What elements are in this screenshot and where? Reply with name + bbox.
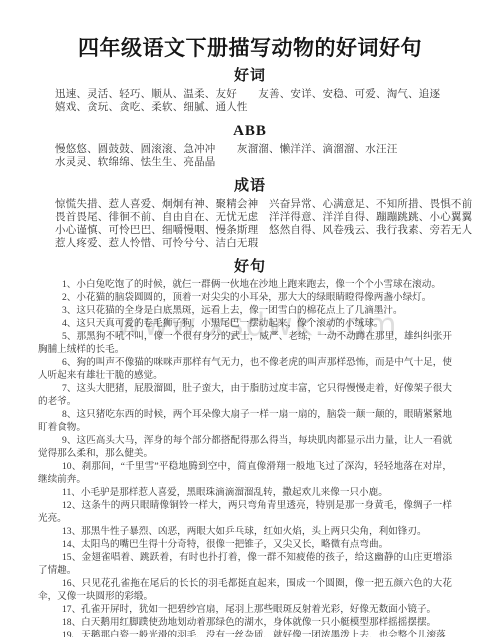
sentence-item: 19、天鹅那白瓷一般光滑的羽毛，没有一丝杂质，就好像一团浓墨泼上去，也会整个儿滚… <box>38 629 452 637</box>
word-line: 惊慌失措、惹人喜爱、炯炯有神、聚精会神 兴奋异常、心满意足、不知所措、畏惧不前 <box>55 198 464 211</box>
word-line: 畏首畏尾、徘徊不前、自由自在、无忧无虑 洋洋得意、洋洋自得、蹦蹦跳跳、小心翼翼 <box>55 211 464 224</box>
sentence-item: 11、小毛驴是那样惹人喜爱，黑眼珠滴滴溜溜乱转，撒起欢儿来像一只小鹿。 <box>38 486 452 499</box>
word-line-group: 惊慌失措、惹人喜爱、炯炯有神、聚精会神 兴奋异常、心满意足、不知所措、畏惧不前畏… <box>0 198 500 250</box>
sentence-item: 7、这头大肥猪，屁股溜圆，肚子蛮大，由于脂肪过度丰富，它只得慢慢走着，好像架子很… <box>38 382 452 408</box>
word-line: 迅速、灵活、轻巧、顺从、温柔、友好 友善、安详、安稳、可爱、淘气、追逐 <box>55 88 464 101</box>
sentence-list: 1、小白兔吃饱了的时候，就仨一群俩一伙地在沙地上跑来跑去，像一个个小雪球在滚动。… <box>38 278 452 637</box>
section-heading-1: ABB <box>0 123 500 139</box>
sentence-item: 17、孔雀开屏时，犹如一把碧纱宫扇，尾羽上那些眼斑反射着光彩，好像无数面小镜子。 <box>38 603 452 616</box>
word-line-group: 慢悠悠、圆鼓鼓、圆滚滚、急冲冲 灰溜溜、懒洋洋、滴溜溜、水汪汪水灵灵、软绵绵、怯… <box>0 143 500 169</box>
page-title: 四年级语文下册描写动物的好词好句 <box>0 38 500 60</box>
section-heading-2: 成语 <box>0 178 500 194</box>
sentence-item: 1、小白兔吃饱了的时候，就仨一群俩一伙地在沙地上跑来跑去，像一个个小雪球在滚动。 <box>38 278 452 291</box>
sentence-item: 2、小花猫的脑袋圆圆的，顶着一对尖尖的小耳朵，那大大的绿眼睛瞪得像两盏小绿灯。 <box>38 291 452 304</box>
sentence-item: 14、太阳鸟的嘴巴生得十分奇特，很像一把锥子，又尖又长，略微有点弯曲。 <box>38 538 452 551</box>
sentence-item: 5、那黑狗不吼不叫，像一个很有身分的武士，威严、老练，一动不动蹲在那里，雄纠纠张… <box>38 330 452 356</box>
sentence-item: 10、刹那间，“千里雪”平稳地腾到空中，简直像滑翔一般地飞过了深沟，轻轻地落在对… <box>38 460 452 486</box>
word-line: 小心谨慎、可怜巴巴、细嚼慢咽、慢条斯理 悠然自得、风卷残云、我行我素、旁若无人 <box>55 224 464 237</box>
sentence-item: 8、这只猪吃东西的时候，两个耳朵像大扇子一样一扇一扇的，脑袋一颠一颠的，眼睛紧紧… <box>38 408 452 434</box>
word-line: 水灵灵、软绵绵、怯生生、亮晶晶 <box>55 156 464 169</box>
document-page: www.xsdwk.com 四年级语文下册描写动物的好词好句 好词迅速、灵活、轻… <box>0 0 500 637</box>
sentence-item: 18、白天鹅用红脚蹼使劲地划动着那绿色的湖水，身体就像一只小艇模型那样摇摇摆摆。 <box>38 616 452 629</box>
sentence-item: 4、这只天真可爱的卷毛狮子狗，小黑尾巴一摆动起来，像个滚动的小绒球。 <box>38 317 452 330</box>
sentence-item: 16、只见花孔雀拖在尾后的长长的羽毛都挺直起来，围成一个圆圈，像一把五颜六色的大… <box>38 577 452 603</box>
sentence-item: 9、这匹高头大马，浑身的每个部分都搭配得那么得当，每块肌肉都显示出力量，让人一看… <box>38 434 452 460</box>
sentence-item: 3、这只花猫的全身是白底黑斑，远看上去，像一团雪白的棉花点上了几滴墨汁。 <box>38 304 452 317</box>
word-line-group: 迅速、灵活、轻巧、顺从、温柔、友好 友善、安详、安稳、可爱、淘气、追逐嬉戏、贪玩… <box>0 88 500 114</box>
word-sections: 好词迅速、灵活、轻巧、顺从、温柔、友好 友善、安详、安稳、可爱、淘气、追逐嬉戏、… <box>0 68 500 250</box>
word-line: 嬉戏、贪玩、贪吃、柔软、细腻、通人性 <box>55 101 464 114</box>
section-heading-0: 好词 <box>0 68 500 84</box>
word-line: 惹人疼爱、惹人怜惜、可怜兮兮、洁白无瑕 <box>55 237 464 250</box>
sentence-item: 13、那黑牛性子暴烈、凶恶，两眼大如乒乓球，红如火焰，头上两只尖角，利如锋刃。 <box>38 525 452 538</box>
section-heading-sentences: 好句 <box>0 259 500 275</box>
sentence-item: 6、狗的叫声不像猫的咪咪声那样有气无力，也不像老虎的叫声那样恐怖，而是中气十足，… <box>38 356 452 382</box>
word-line: 慢悠悠、圆鼓鼓、圆滚滚、急冲冲 灰溜溜、懒洋洋、滴溜溜、水汪汪 <box>55 143 464 156</box>
sentence-item: 12、这条牛的两只眼睛像铜铃一样大，两只弯角青里透亮，特别是那一身黄毛，像绸子一… <box>38 499 452 525</box>
sentence-item: 15、金翅雀唱着、跳跃着，有时也扑打着，像一群不知疲倦的孩子，给这幽静的山庄更增… <box>38 551 452 577</box>
